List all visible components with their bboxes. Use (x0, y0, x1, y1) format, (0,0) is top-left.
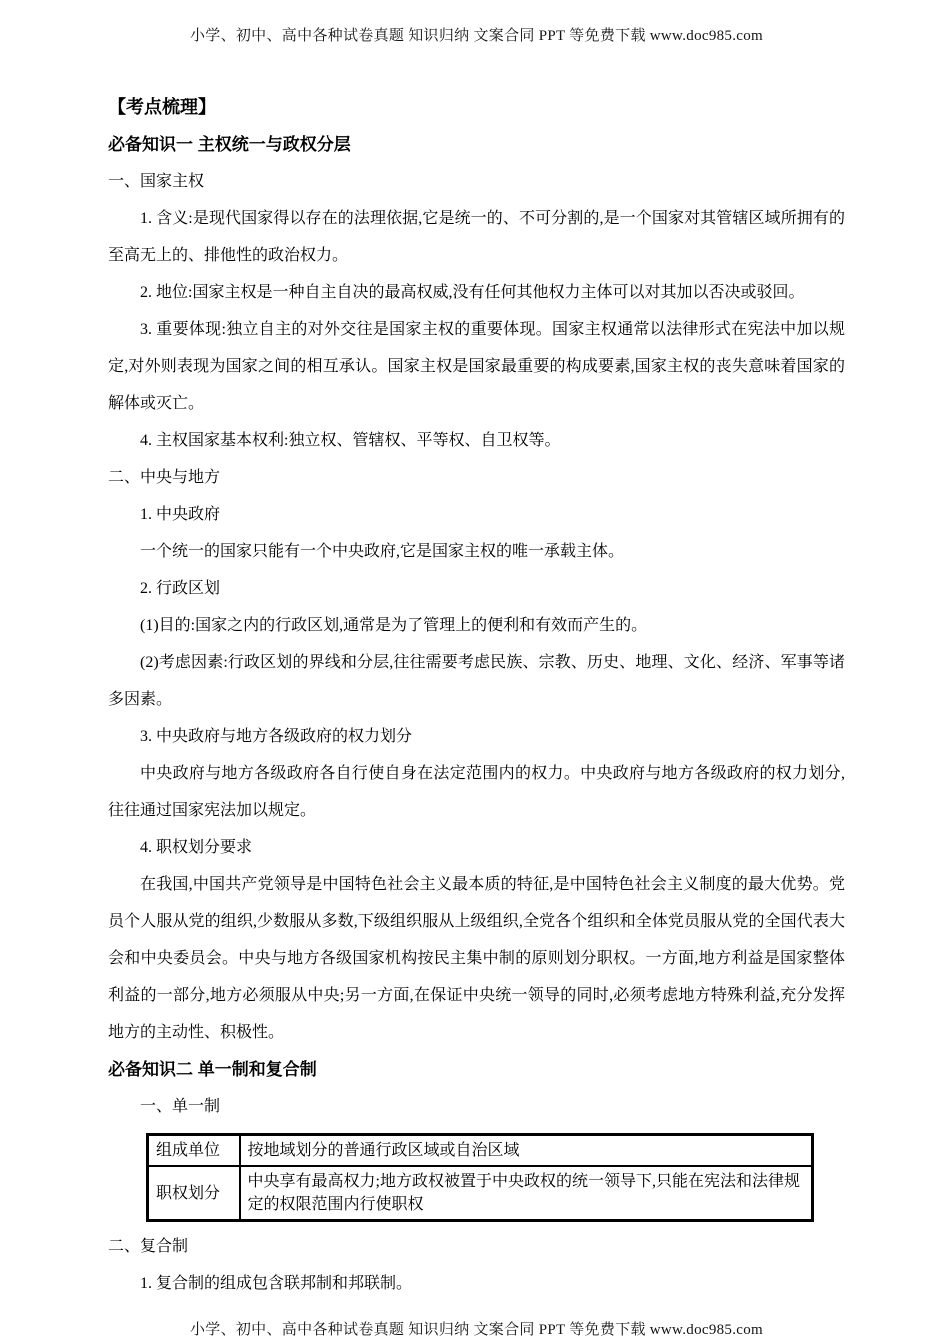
table-row: 职权划分 中央享有最高权力;地方政权被置于中央政权的统一领导下,只能在宪法和法律… (148, 1166, 813, 1221)
paragraph-power-division-body: 中央政府与地方各级政府各自行使自身在法定范围内的权力。中央政府与地方各级政府的权… (108, 755, 845, 829)
heading-central-and-local: 二、中央与地方 (108, 459, 845, 496)
paragraph-administrative-divisions-title: 2. 行政区划 (108, 570, 845, 607)
table-row: 组成单位 按地域划分的普通行政区域或自治区域 (148, 1135, 813, 1167)
header-watermark: 小学、初中、高中各种试卷真题 知识归纳 文案合同 PPT 等免费下载 www.d… (108, 24, 845, 45)
exam-points-title: 【考点梳理】 (108, 89, 845, 126)
paragraph-basic-rights: 4. 主权国家基本权利:独立权、管辖权、平等权、自卫权等。 (108, 422, 845, 459)
paragraph-meaning: 1. 含义:是现代国家得以存在的法理依据,它是统一的、不可分割的,是一个国家对其… (108, 200, 845, 274)
paragraph-central-government-body: 一个统一的国家只能有一个中央政府,它是国家主权的唯一承载主体。 (108, 533, 845, 570)
unitary-system-table: 组成单位 按地域划分的普通行政区域或自治区域 职权划分 中央享有最高权力;地方政… (146, 1133, 814, 1222)
paragraph-authority-requirements-title: 4. 职权划分要求 (108, 829, 845, 866)
paragraph-power-division-title: 3. 中央政府与地方各级政府的权力划分 (108, 718, 845, 755)
table-cell-label: 职权划分 (148, 1166, 240, 1221)
paragraph-status: 2. 地位:国家主权是一种自主自决的最高权威,没有任何其他权力主体可以对其加以否… (108, 274, 845, 311)
table-cell-content: 中央享有最高权力;地方政权被置于中央政权的统一领导下,只能在宪法和法律规定的权限… (240, 1166, 813, 1221)
table-cell-label: 组成单位 (148, 1135, 240, 1167)
heading-national-sovereignty: 一、国家主权 (108, 163, 845, 200)
paragraph-divisions-purpose: (1)目的:国家之内的行政区划,通常是为了管理上的便利和有效而产生的。 (108, 607, 845, 644)
document-page: 小学、初中、高中各种试卷真题 知识归纳 文案合同 PPT 等免费下载 www.d… (0, 0, 950, 1344)
knowledge-section-1-heading: 必备知识一 主权统一与政权分层 (108, 126, 845, 163)
paragraph-authority-requirements-body: 在我国,中国共产党领导是中国特色社会主义最本质的特征,是中国特色社会主义制度的最… (108, 866, 845, 1051)
paragraph-compound-system-body: 1. 复合制的组成包含联邦制和邦联制。 (108, 1265, 845, 1302)
heading-unitary-system: 一、单一制 (108, 1088, 845, 1125)
table-cell-content: 按地域划分的普通行政区域或自治区域 (240, 1135, 813, 1167)
paragraph-important-manifestation: 3. 重要体现:独立自主的对外交往是国家主权的重要体现。国家主权通常以法律形式在… (108, 311, 845, 422)
knowledge-section-2-heading: 必备知识二 单一制和复合制 (108, 1051, 845, 1088)
paragraph-divisions-factors: (2)考虑因素:行政区划的界线和分层,往往需要考虑民族、宗教、历史、地理、文化、… (108, 644, 845, 718)
footer-watermark: 小学、初中、高中各种试卷真题 知识归纳 文案合同 PPT 等免费下载 www.d… (108, 1318, 845, 1339)
document-body: 【考点梳理】 必备知识一 主权统一与政权分层 一、国家主权 1. 含义:是现代国… (108, 89, 845, 1302)
heading-compound-system: 二、复合制 (108, 1228, 845, 1265)
paragraph-central-government-title: 1. 中央政府 (108, 496, 845, 533)
